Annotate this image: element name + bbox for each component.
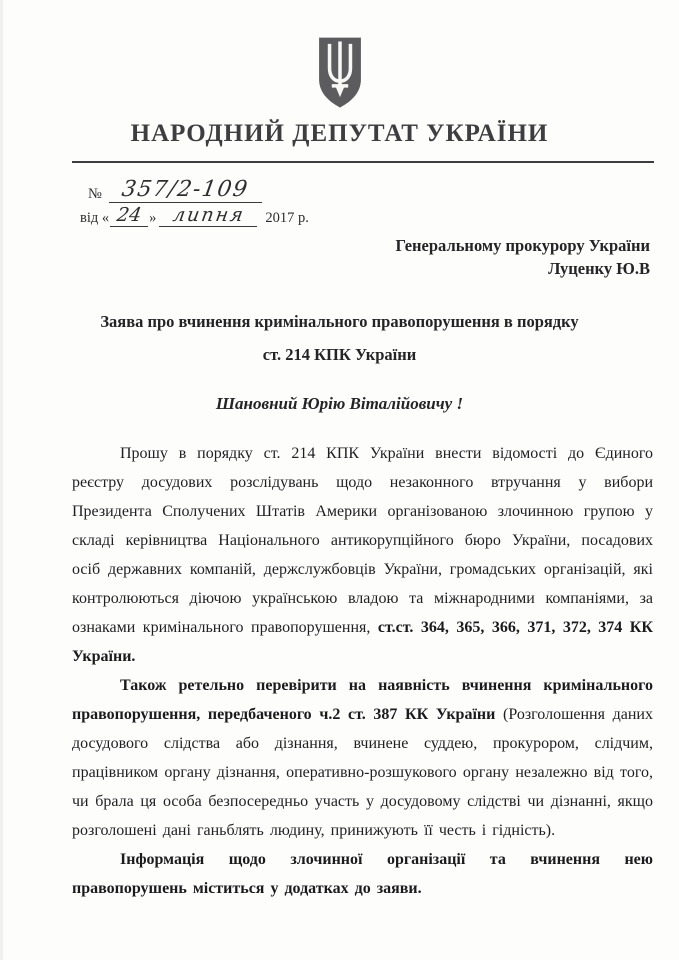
date-quote-close: » (149, 210, 156, 227)
scan-edge-artifact (0, 0, 3, 960)
ukraine-trident-icon (315, 36, 365, 110)
addressee-block: Генеральному прокурору України Луценку Ю… (0, 234, 679, 280)
paragraph: Прошу в порядку ст. 214 КПК України внес… (72, 439, 653, 671)
number-underline: 357/2-109 (109, 179, 262, 203)
date-year: 2017 р. (265, 210, 309, 227)
reference-number-line: № 357/2-109 (88, 175, 679, 203)
coat-of-arms-container (0, 0, 679, 115)
handwritten-day: 24 (116, 206, 143, 225)
text-run: (Розголошення даних досудового слідства … (72, 706, 653, 839)
bold-text-run: Інформація щодо злочинної організації та… (72, 851, 653, 897)
addressee-line1: Генеральному прокурору України (0, 234, 650, 257)
salutation: Шановний Юрію Віталійовичу ! (0, 394, 679, 414)
handwritten-number: 357/2-109 (120, 179, 250, 201)
reference-date-line: від « 24 » липня 2017 р. (80, 203, 679, 227)
handwritten-month: липня (171, 206, 246, 225)
number-label: № (88, 186, 102, 203)
paragraph: Інформація щодо злочинної організації та… (72, 845, 653, 903)
letter-body: Прошу в порядку ст. 214 КПК України внес… (72, 439, 653, 903)
header-divider (72, 161, 654, 163)
addressee-line2: Луценку Ю.В (0, 257, 650, 280)
subject-line2: ст. 214 КПК України (0, 338, 679, 371)
month-underline: липня (159, 206, 257, 227)
scanned-letter-page: НАРОДНИЙ ДЕПУТАТ УКРАЇНИ № 357/2-109 від… (0, 0, 679, 960)
subject-title: Заява про вчинення кримінального правопо… (0, 305, 679, 371)
subject-line1: Заява про вчинення кримінального правопо… (0, 305, 679, 338)
day-underline: 24 (110, 206, 148, 227)
date-prefix: від « (80, 210, 109, 227)
paragraph: Також ретельно перевірити на наявність в… (72, 671, 653, 845)
text-run: Прошу в порядку ст. 214 КПК України внес… (72, 445, 653, 636)
reference-block: № 357/2-109 від « 24 » липня 2017 р. (80, 175, 679, 227)
letterhead-title: НАРОДНИЙ ДЕПУТАТ УКРАЇНИ (0, 120, 679, 148)
